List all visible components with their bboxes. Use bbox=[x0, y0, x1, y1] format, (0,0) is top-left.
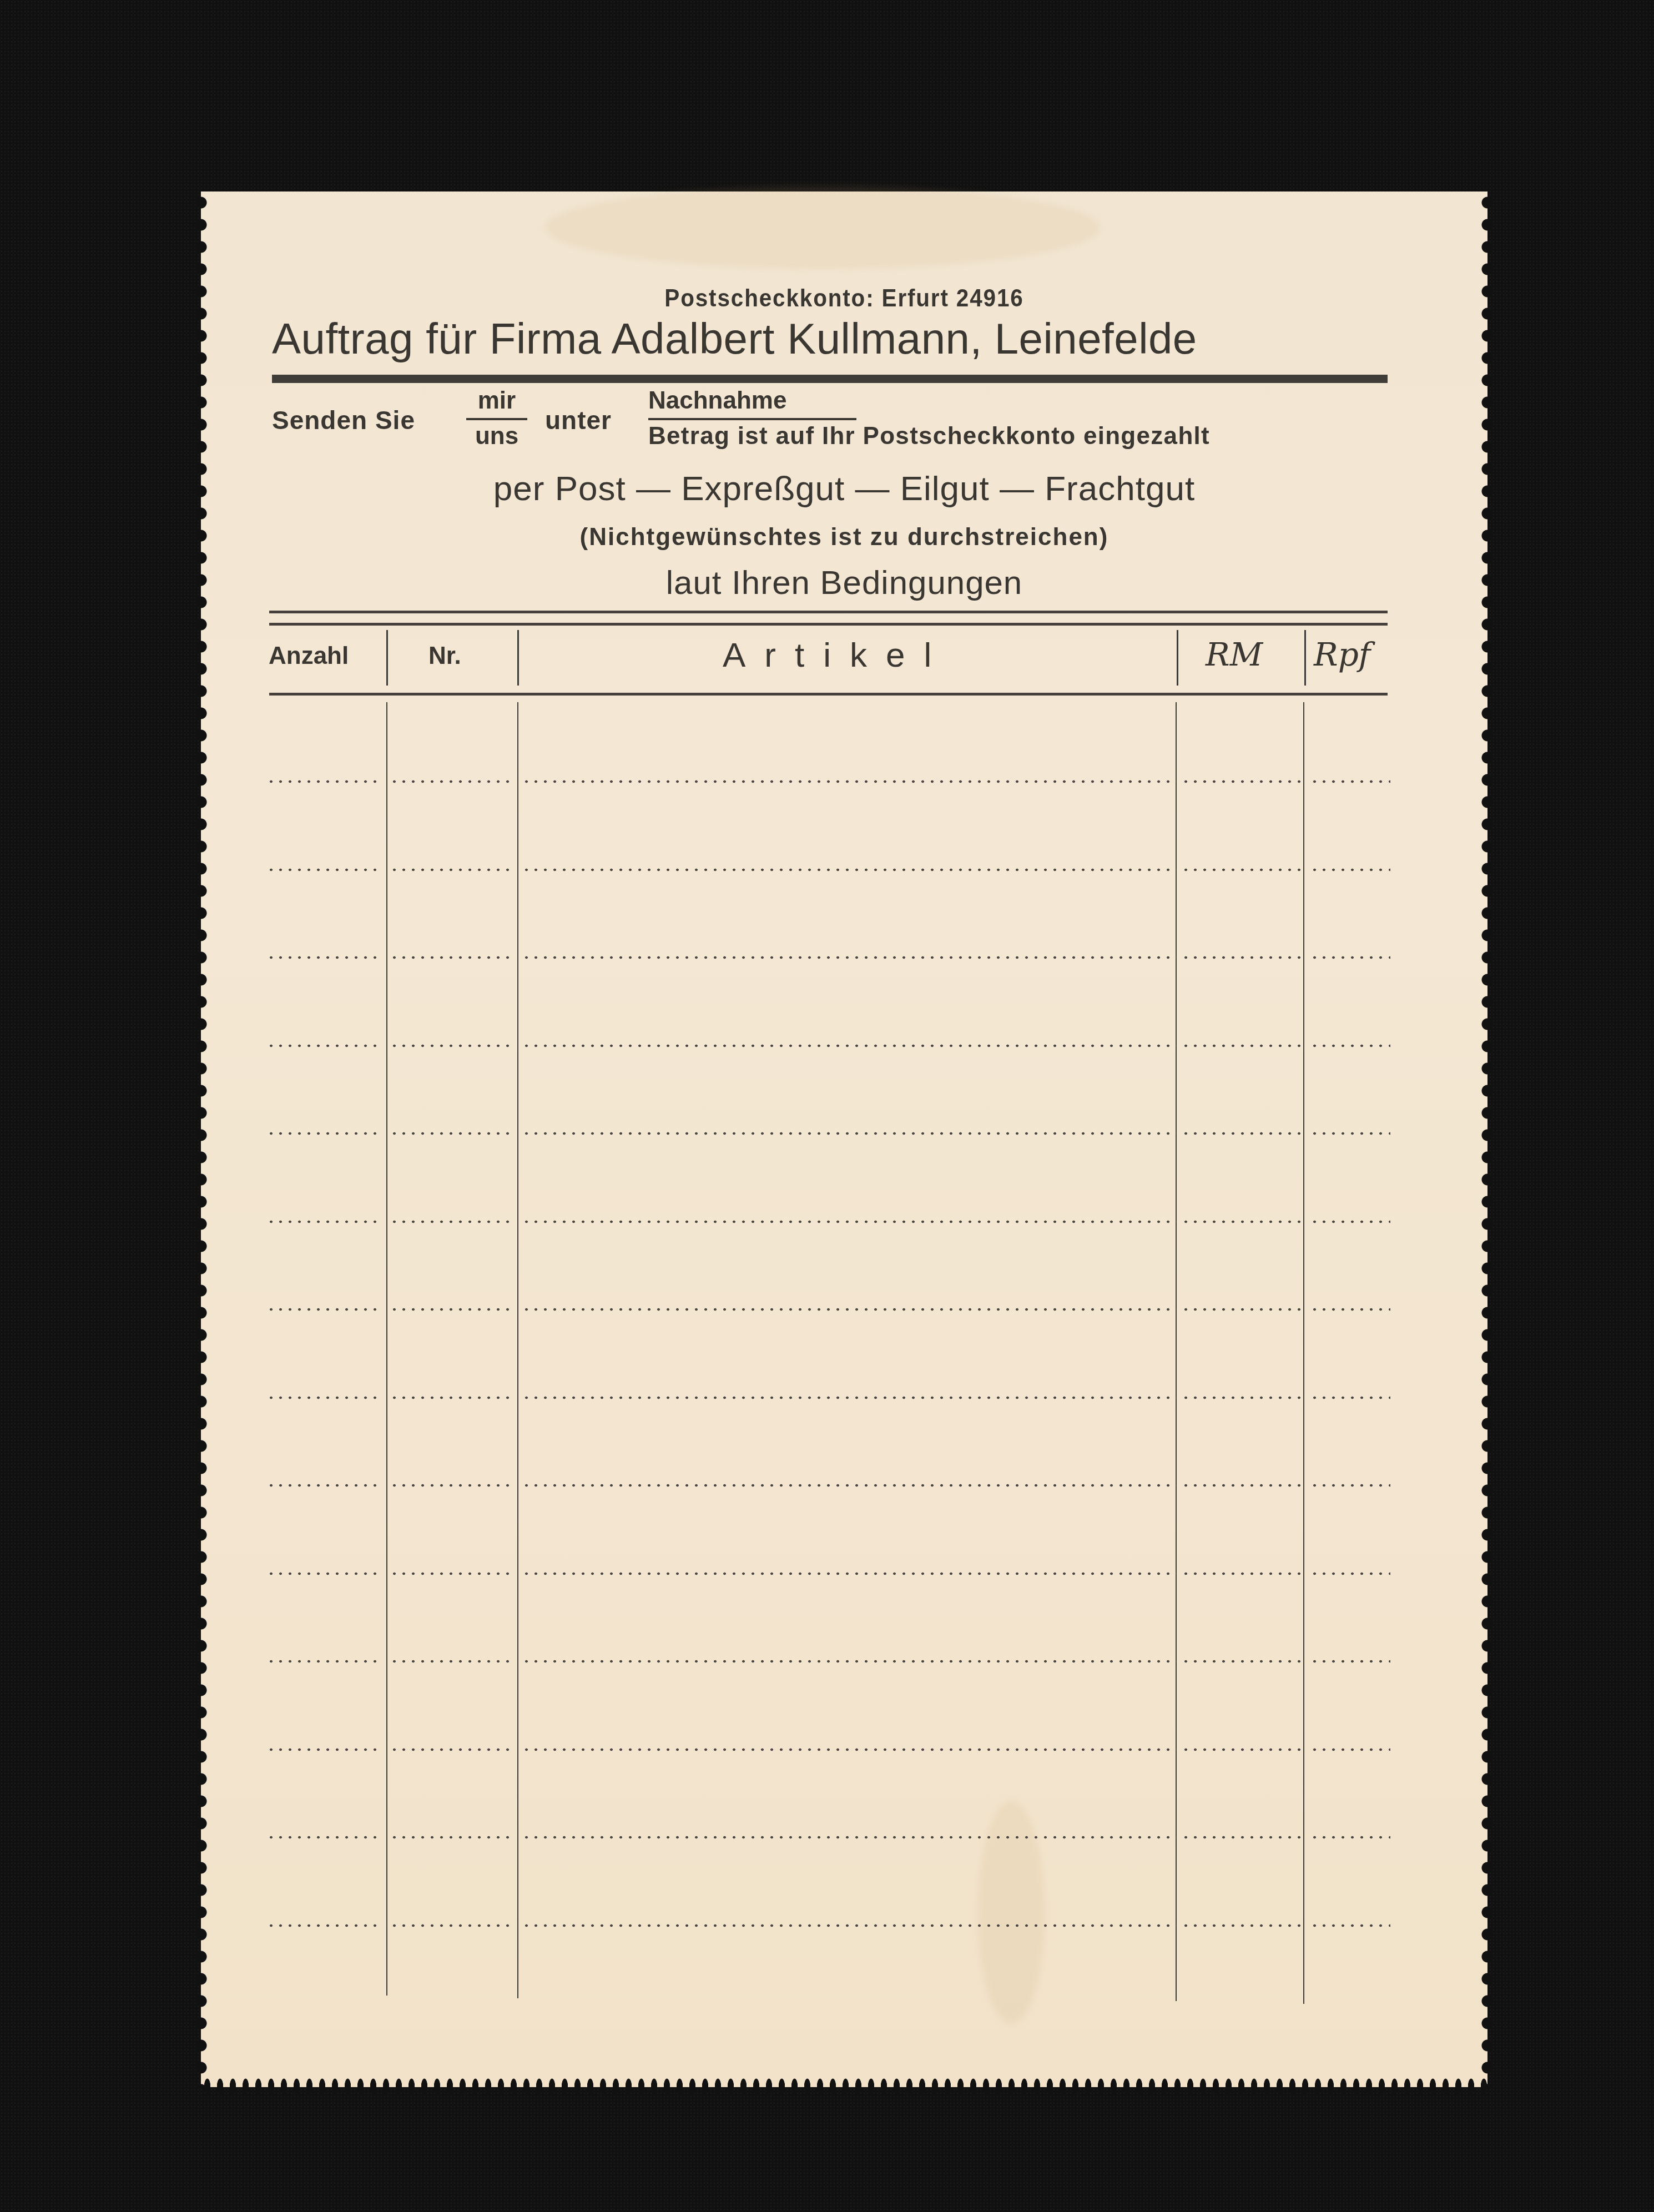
rm-cell[interactable] bbox=[1181, 1660, 1304, 1663]
nr-cell[interactable] bbox=[390, 780, 515, 783]
instruction-prefix: Senden Sie bbox=[272, 405, 415, 435]
nr-cell[interactable] bbox=[390, 956, 515, 959]
artikel-cell[interactable] bbox=[522, 1748, 1177, 1751]
anzahl-cell[interactable] bbox=[266, 956, 382, 959]
table-row[interactable] bbox=[266, 1660, 1390, 1663]
artikel-cell[interactable] bbox=[522, 1308, 1177, 1311]
rpf-cell[interactable] bbox=[1310, 1132, 1390, 1135]
rpf-cell[interactable] bbox=[1310, 1572, 1390, 1575]
rm-cell[interactable] bbox=[1181, 780, 1304, 783]
shipping-methods[interactable]: per Post — Expreßgut — Eilgut — Frachtgu… bbox=[201, 469, 1487, 508]
rpf-cell[interactable] bbox=[1310, 1484, 1390, 1487]
table-row[interactable] bbox=[266, 1484, 1390, 1487]
table-row[interactable] bbox=[266, 1572, 1390, 1575]
strike-through-note: (Nichtgewünschtes ist zu durchstreichen) bbox=[201, 523, 1487, 551]
artikel-cell[interactable] bbox=[522, 1572, 1177, 1575]
anzahl-cell[interactable] bbox=[266, 1396, 382, 1399]
anzahl-cell[interactable] bbox=[266, 1836, 382, 1839]
rpf-cell[interactable] bbox=[1310, 1748, 1390, 1751]
header-divider bbox=[1177, 630, 1178, 686]
recipient-choice[interactable]: mir uns bbox=[466, 387, 527, 450]
nr-cell[interactable] bbox=[390, 1660, 515, 1663]
fraction-bar bbox=[466, 418, 527, 420]
nr-cell[interactable] bbox=[390, 1308, 515, 1311]
anzahl-cell[interactable] bbox=[266, 1132, 382, 1135]
rpf-cell[interactable] bbox=[1310, 1220, 1390, 1223]
artikel-cell[interactable] bbox=[522, 1132, 1177, 1135]
paper-stain bbox=[545, 186, 1100, 269]
artikel-cell[interactable] bbox=[522, 868, 1177, 871]
conditions-line: laut Ihren Bedingungen bbox=[201, 563, 1487, 602]
table-row[interactable] bbox=[266, 1836, 1390, 1839]
table-row[interactable] bbox=[266, 1044, 1390, 1047]
nr-cell[interactable] bbox=[390, 1748, 515, 1751]
nr-cell[interactable] bbox=[390, 1572, 515, 1575]
rm-cell[interactable] bbox=[1181, 1484, 1304, 1487]
table-row[interactable] bbox=[266, 1132, 1390, 1135]
rm-cell[interactable] bbox=[1181, 1044, 1304, 1047]
rpf-cell[interactable] bbox=[1310, 868, 1390, 871]
rm-cell[interactable] bbox=[1181, 1308, 1304, 1311]
anzahl-cell[interactable] bbox=[266, 1220, 382, 1223]
artikel-cell[interactable] bbox=[522, 1220, 1177, 1223]
column-header-nr: Nr. bbox=[428, 642, 461, 670]
header-bottom-rule bbox=[269, 693, 1388, 696]
rpf-cell[interactable] bbox=[1310, 956, 1390, 959]
header-divider bbox=[386, 630, 388, 686]
table-row[interactable] bbox=[266, 1308, 1390, 1311]
artikel-cell[interactable] bbox=[522, 1836, 1177, 1839]
postscheckkonto-line: Postscheckkonto: Erfurt 24916 bbox=[253, 285, 1436, 313]
nr-cell[interactable] bbox=[390, 1220, 515, 1223]
column-line-artikel-rm bbox=[1176, 702, 1177, 2001]
anzahl-cell[interactable] bbox=[266, 868, 382, 871]
instruction-middle: unter bbox=[545, 405, 612, 435]
payment-option-nachnahme[interactable]: Nachnahme bbox=[648, 387, 1210, 415]
form-title: Auftrag für Firma Adalbert Kullmann, Lei… bbox=[272, 314, 1197, 364]
nr-cell[interactable] bbox=[390, 1924, 515, 1927]
anzahl-cell[interactable] bbox=[266, 1484, 382, 1487]
rm-cell[interactable] bbox=[1181, 1132, 1304, 1135]
order-form-card: Postscheckkonto: Erfurt 24916 Auftrag fü… bbox=[201, 192, 1487, 2087]
artikel-cell[interactable] bbox=[522, 1924, 1177, 1927]
rpf-cell[interactable] bbox=[1310, 1660, 1390, 1663]
anzahl-cell[interactable] bbox=[266, 1044, 382, 1047]
table-row[interactable] bbox=[266, 1396, 1390, 1399]
artikel-cell[interactable] bbox=[522, 956, 1177, 959]
artikel-cell[interactable] bbox=[522, 1396, 1177, 1399]
payment-choice[interactable]: Nachnahme Betrag ist auf Ihr Postscheckk… bbox=[648, 387, 1210, 450]
rpf-cell[interactable] bbox=[1310, 1924, 1390, 1927]
anzahl-cell[interactable] bbox=[266, 780, 382, 783]
table-top-rule bbox=[269, 611, 1388, 613]
column-line-rm-rpf bbox=[1303, 702, 1304, 2004]
table-row[interactable] bbox=[266, 1220, 1390, 1223]
table-row[interactable] bbox=[266, 1924, 1390, 1927]
header-divider bbox=[517, 630, 519, 686]
nr-cell[interactable] bbox=[390, 1396, 515, 1399]
artikel-cell[interactable] bbox=[522, 780, 1177, 783]
rm-cell[interactable] bbox=[1181, 1836, 1304, 1839]
rm-cell[interactable] bbox=[1181, 1220, 1304, 1223]
column-line-nr-artikel bbox=[517, 702, 518, 1998]
nr-cell[interactable] bbox=[390, 1836, 515, 1839]
rm-cell[interactable] bbox=[1181, 1396, 1304, 1399]
rpf-cell[interactable] bbox=[1310, 1044, 1390, 1047]
anzahl-cell[interactable] bbox=[266, 1572, 382, 1575]
column-header-rm: RM bbox=[1206, 636, 1263, 673]
rm-cell[interactable] bbox=[1181, 956, 1304, 959]
header-divider bbox=[1304, 630, 1306, 686]
rm-cell[interactable] bbox=[1181, 1924, 1304, 1927]
nr-cell[interactable] bbox=[390, 1132, 515, 1135]
column-line-anzahl-nr bbox=[386, 702, 387, 1996]
rm-cell[interactable] bbox=[1181, 1572, 1304, 1575]
column-header-artikel: Artikel bbox=[723, 636, 950, 675]
recipient-option-mir[interactable]: mir bbox=[466, 387, 527, 415]
artikel-cell[interactable] bbox=[522, 1044, 1177, 1047]
table-row[interactable] bbox=[266, 780, 1390, 783]
rpf-cell[interactable] bbox=[1310, 1308, 1390, 1311]
payment-option-prepaid[interactable]: Betrag ist auf Ihr Postscheckkonto einge… bbox=[648, 422, 1210, 450]
anzahl-cell[interactable] bbox=[266, 1924, 382, 1927]
recipient-option-uns[interactable]: uns bbox=[466, 422, 527, 450]
anzahl-cell[interactable] bbox=[266, 1660, 382, 1663]
anzahl-cell[interactable] bbox=[266, 1748, 382, 1751]
rpf-cell[interactable] bbox=[1310, 1836, 1390, 1839]
table-row[interactable] bbox=[266, 956, 1390, 959]
nr-cell[interactable] bbox=[390, 1044, 515, 1047]
title-underline-rule bbox=[272, 375, 1388, 383]
rpf-cell[interactable] bbox=[1310, 1396, 1390, 1399]
rpf-cell[interactable] bbox=[1310, 780, 1390, 783]
artikel-cell[interactable] bbox=[522, 1660, 1177, 1663]
rm-cell[interactable] bbox=[1181, 1748, 1304, 1751]
artikel-cell[interactable] bbox=[522, 1484, 1177, 1487]
perforated-edge-bottom bbox=[201, 2078, 1487, 2095]
table-row[interactable] bbox=[266, 1748, 1390, 1751]
column-header-anzahl: Anzahl bbox=[269, 642, 349, 670]
rm-cell[interactable] bbox=[1181, 868, 1304, 871]
nr-cell[interactable] bbox=[390, 1484, 515, 1487]
table-row[interactable] bbox=[266, 868, 1390, 871]
nr-cell[interactable] bbox=[390, 868, 515, 871]
anzahl-cell[interactable] bbox=[266, 1308, 382, 1311]
fraction-bar bbox=[648, 418, 856, 420]
table-top-rule-inner bbox=[269, 623, 1388, 626]
paper-stain bbox=[978, 1801, 1045, 2023]
column-header-rpf: Rpf bbox=[1314, 636, 1370, 673]
